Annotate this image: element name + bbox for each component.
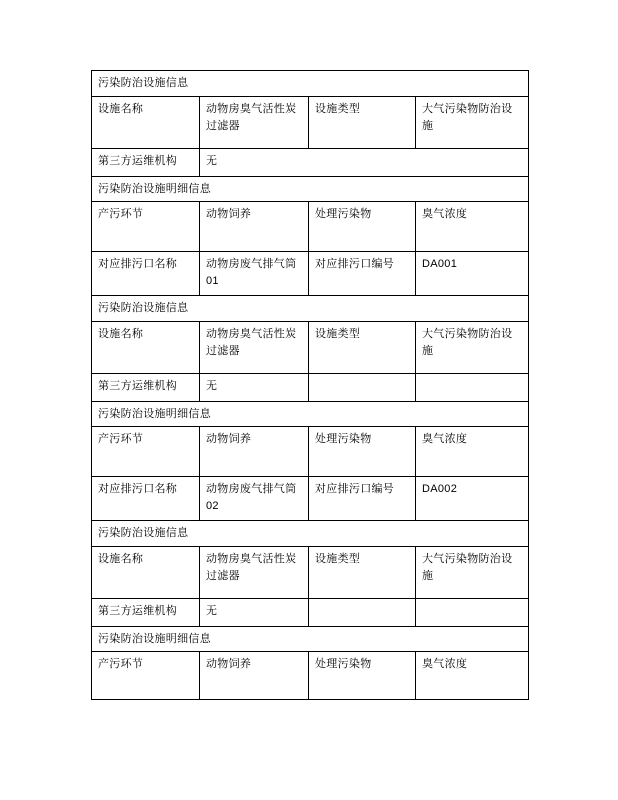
table-row-detail-header: 污染防治设施明细信息 [92, 627, 529, 652]
facility-type-label: 设施类型 [309, 547, 416, 599]
facility-name-label: 设施名称 [92, 547, 200, 599]
empty-cell [309, 374, 416, 402]
pollutant-label: 处理污染物 [309, 427, 416, 477]
table-row-detail-header: 污染防治设施明细信息 [92, 402, 529, 427]
facility-name-value: 动物房臭气活性炭过滤器 [200, 547, 309, 599]
stage-label: 产污环节 [92, 427, 200, 477]
facility-type-label: 设施类型 [309, 97, 416, 149]
facility-name-label: 设施名称 [92, 97, 200, 149]
facility-type-value: 大气污染物防治设施 [416, 322, 529, 374]
facility-name-label: 设施名称 [92, 322, 200, 374]
section-header-cell: 污染防治设施信息 [92, 71, 529, 97]
third-party-label: 第三方运维机构 [92, 599, 200, 627]
facility-type-value: 大气污染物防治设施 [416, 97, 529, 149]
facility-type-value: 大气污染物防治设施 [416, 547, 529, 599]
stage-label: 产污环节 [92, 202, 200, 252]
pollutant-value: 臭气浓度 [416, 427, 529, 477]
facility-type-label: 设施类型 [309, 322, 416, 374]
facility-name-value: 动物房臭气活性炭过滤器 [200, 322, 309, 374]
outlet-code-label: 对应排污口编号 [309, 252, 416, 296]
empty-cell [416, 599, 529, 627]
section-header-cell: 污染防治设施信息 [92, 521, 529, 547]
outlet-name-value: 动物房废气排气筒02 [200, 477, 309, 521]
outlet-code-value: DA002 [416, 477, 529, 521]
pollutant-value: 臭气浓度 [416, 202, 529, 252]
stage-value: 动物饲养 [200, 427, 309, 477]
stage-value: 动物饲养 [200, 652, 309, 700]
stage-label: 产污环节 [92, 652, 200, 700]
pollution-facility-table: 污染防治设施信息 设施名称 动物房臭气活性炭过滤器 设施类型 大气污染物防治设施… [91, 70, 529, 700]
outlet-name-value: 动物房废气排气筒01 [200, 252, 309, 296]
third-party-label: 第三方运维机构 [92, 149, 200, 177]
empty-cell [416, 374, 529, 402]
pollutant-value: 臭气浓度 [416, 652, 529, 700]
table-row-third-party: 第三方运维机构 无 [92, 149, 529, 177]
outlet-name-label: 对应排污口名称 [92, 477, 200, 521]
table-row-facility: 设施名称 动物房臭气活性炭过滤器 设施类型 大气污染物防治设施 [92, 547, 529, 599]
detail-header-cell: 污染防治设施明细信息 [92, 402, 529, 427]
outlet-name-label: 对应排污口名称 [92, 252, 200, 296]
table-row-stage: 产污环节 动物饲养 处理污染物 臭气浓度 [92, 202, 529, 252]
third-party-value: 无 [200, 149, 529, 177]
third-party-value: 无 [200, 374, 309, 402]
detail-header-cell: 污染防治设施明细信息 [92, 177, 529, 202]
section-header-cell: 污染防治设施信息 [92, 296, 529, 322]
table-row-outlet: 对应排污口名称 动物房废气排气筒01 对应排污口编号 DA001 [92, 252, 529, 296]
third-party-label: 第三方运维机构 [92, 374, 200, 402]
table-row-outlet: 对应排污口名称 动物房废气排气筒02 对应排污口编号 DA002 [92, 477, 529, 521]
empty-cell [309, 599, 416, 627]
outlet-code-label: 对应排污口编号 [309, 477, 416, 521]
table-row-section-header: 污染防治设施信息 [92, 71, 529, 97]
document-page: 污染防治设施信息 设施名称 动物房臭气活性炭过滤器 设施类型 大气污染物防治设施… [0, 0, 618, 800]
table-row-stage: 产污环节 动物饲养 处理污染物 臭气浓度 [92, 652, 529, 700]
pollutant-label: 处理污染物 [309, 652, 416, 700]
table-row-third-party: 第三方运维机构 无 [92, 374, 529, 402]
third-party-value: 无 [200, 599, 309, 627]
stage-value: 动物饲养 [200, 202, 309, 252]
detail-header-cell: 污染防治设施明细信息 [92, 627, 529, 652]
table-row-facility: 设施名称 动物房臭气活性炭过滤器 设施类型 大气污染物防治设施 [92, 97, 529, 149]
table-row-section-header: 污染防治设施信息 [92, 296, 529, 322]
table-row-third-party: 第三方运维机构 无 [92, 599, 529, 627]
outlet-code-value: DA001 [416, 252, 529, 296]
pollutant-label: 处理污染物 [309, 202, 416, 252]
facility-name-value: 动物房臭气活性炭过滤器 [200, 97, 309, 149]
table-row-stage: 产污环节 动物饲养 处理污染物 臭气浓度 [92, 427, 529, 477]
table-row-facility: 设施名称 动物房臭气活性炭过滤器 设施类型 大气污染物防治设施 [92, 322, 529, 374]
table-row-detail-header: 污染防治设施明细信息 [92, 177, 529, 202]
table-row-section-header: 污染防治设施信息 [92, 521, 529, 547]
